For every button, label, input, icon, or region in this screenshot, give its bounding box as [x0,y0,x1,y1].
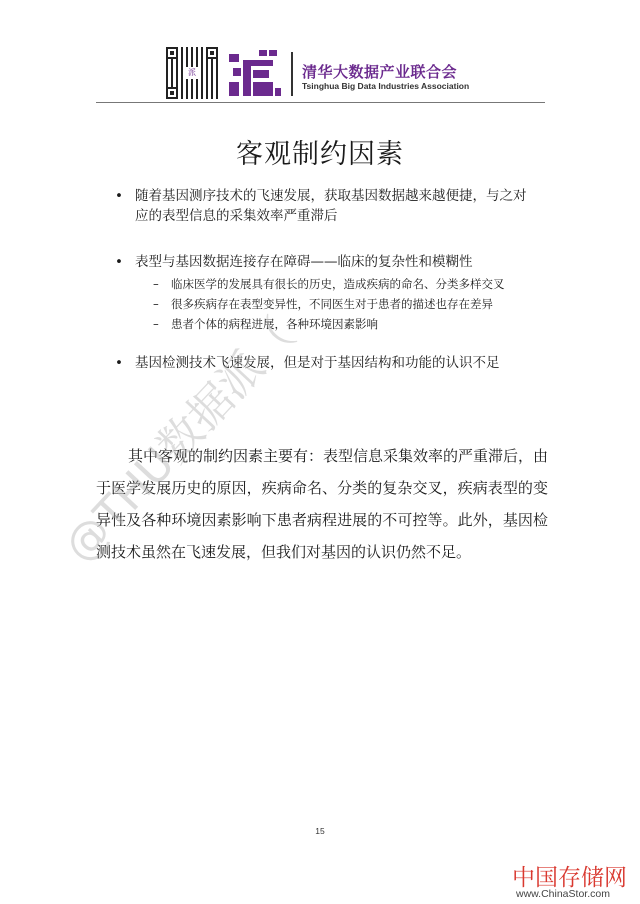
bullet-dot-icon: • [115,186,123,206]
org-name-chinese: 清华大数据产业联合会 [302,61,457,82]
bullet-text: 基因检测技术飞速发展，但是对于基因结构和功能的认识不足 [135,355,500,371]
sub-bullet-item: – 患者个体的病程进展，各种环境因素影响 [153,314,505,334]
body-paragraph: 其中客观的制约因素主要有：表型信息采集效率的严重滞后，由于医学发展历史的原因，疾… [96,440,548,568]
sub-bullet-text: 临床医学的发展具有很长的历史，造成疾病的命名、分类多样交叉 [171,277,505,291]
org-name-english: Tsinghua Big Data Industries Association [302,81,469,91]
qr-finder-pattern [206,47,218,59]
bullet-item: • 基因检测技术飞速发展，但是对于基因结构和功能的认识不足 [115,353,500,373]
bullet-dot-icon: • [115,252,123,272]
bullet-text: 表型与基因数据连接存在障碍——临床的复杂性和模糊性 [135,254,473,270]
dash-icon: – [153,294,159,314]
slide-title: 客观制约因素 [0,132,640,171]
bullet-item: • 随着基因测序技术的飞速发展，获取基因数据越来越便捷，与之对应的表型信息的采集… [115,186,535,226]
dash-icon: – [153,314,159,334]
sub-bullet-item: – 临床医学的发展具有很长的历史，造成疾病的命名、分类多样交叉 [153,274,505,294]
thu-datapi-logo-icon [229,50,281,98]
sub-bullet-text: 很多疾病存在表型变异性，不同医生对于患者的描述也存在差异 [171,297,493,311]
header-rule [96,102,545,103]
sub-bullet-text: 患者个体的病程进展，各种环境因素影响 [171,317,378,331]
bullet-text: 随着基因测序技术的飞速发展，获取基因数据越来越便捷，与之对应的表型信息的采集效率… [135,188,527,224]
logo-divider [291,52,293,96]
sub-bullet-item: – 很多疾病存在表型变异性，不同医生对于患者的描述也存在差异 [153,294,505,314]
page-header: 派 清华大数据产业联合会 Tsinghua Big Data Industrie… [0,0,640,104]
bullet-item: • 表型与基因数据连接存在障碍——临床的复杂性和模糊性 – 临床医学的发展具有很… [115,252,505,334]
dash-icon: – [153,274,159,294]
qr-center-logo: 派 [186,67,198,79]
bullet-dot-icon: • [115,353,123,373]
chinastor-url: www.ChinaStor.com [516,888,610,900]
page-number: 15 [0,826,640,836]
qr-finder-pattern [166,47,178,59]
sub-bullet-list: – 临床医学的发展具有很长的历史，造成疾病的命名、分类多样交叉 – 很多疾病存在… [135,274,505,334]
qr-finder-pattern [166,87,178,99]
qr-code-icon: 派 [166,47,218,99]
